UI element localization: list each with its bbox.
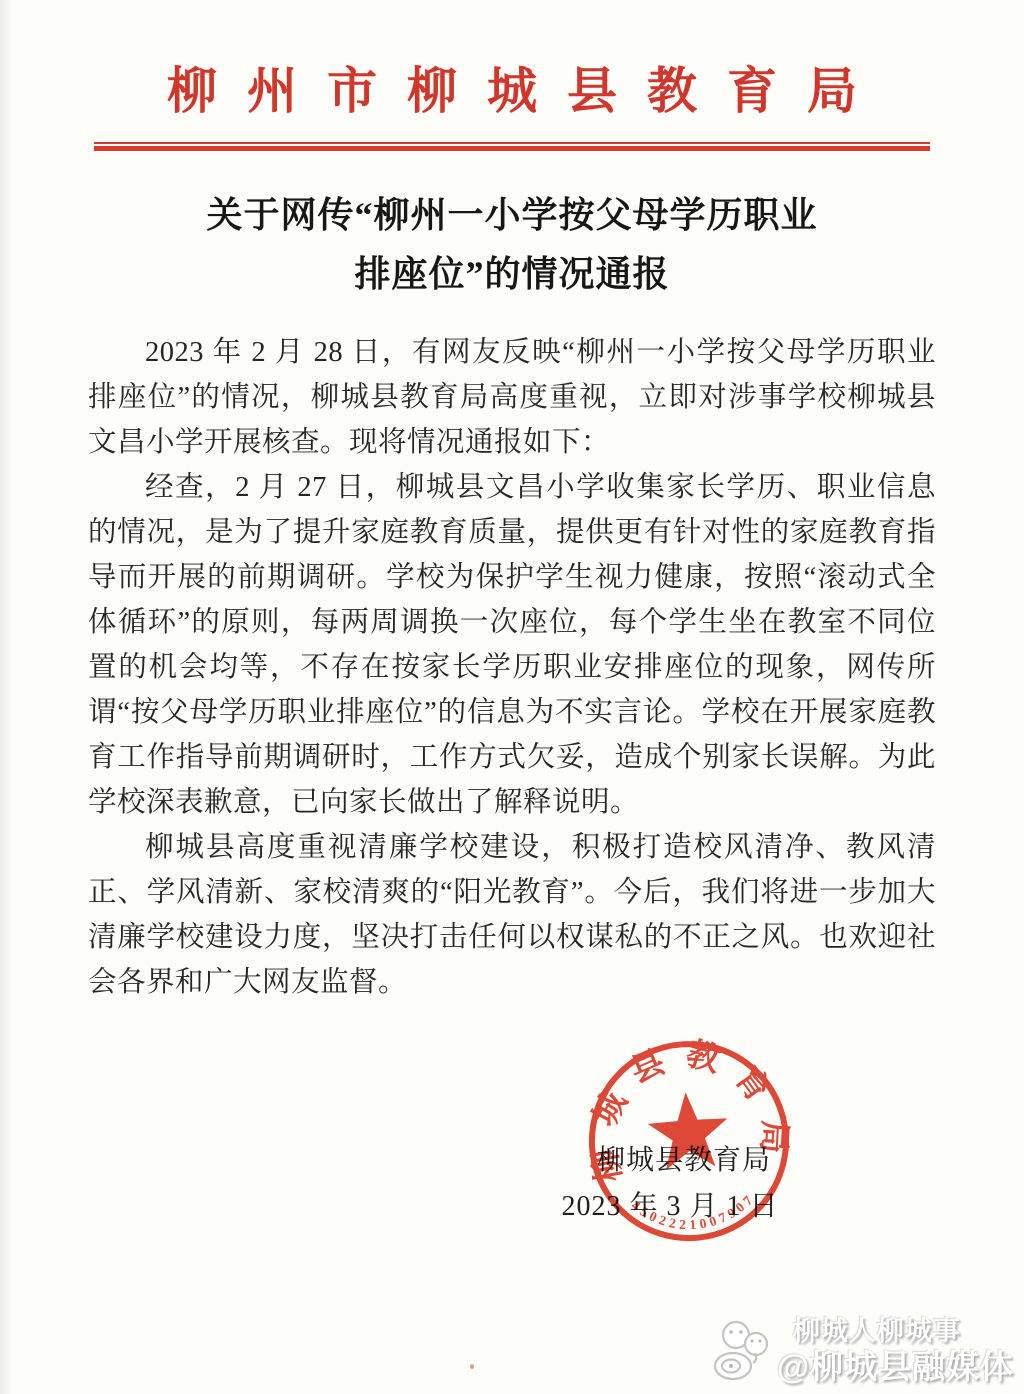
notice-title-line2: 排座位”的情况通报 xyxy=(0,245,1024,304)
paragraph: 经查，2 月 27 日，柳城县文昌小学收集家长学历、职业信息的情况，是为了提升家… xyxy=(88,465,936,825)
scanned-official-notice: 柳州市柳城县教育局 关于网传“柳州一小学按父母学历职业 排座位”的情况通报 20… xyxy=(0,0,1024,1394)
notice-body: 2023 年 2 月 28 日，有网友反映“柳州一小学按父母学历职业排座位”的情… xyxy=(88,330,936,1005)
paragraph: 柳城县高度重视清廉学校建设，积极打造校风清净、教风清正、学风清新、家校清爽的“阳… xyxy=(88,825,936,1005)
media-watermark: 柳城人柳城事 @柳城县融媒体 xyxy=(711,1309,1014,1388)
official-seal-stamp: 柳城县教育局 4502221007907 xyxy=(577,1029,803,1255)
letterhead-double-rule xyxy=(94,142,930,151)
watermark-text: 柳城人柳城事 @柳城县融媒体 xyxy=(777,1309,1014,1388)
letterhead-org-name: 柳州市柳城县教育局 xyxy=(0,64,1024,119)
seal-star xyxy=(646,1089,731,1170)
watermark-line2: @柳城县融媒体 xyxy=(777,1341,1014,1388)
paragraph: 2023 年 2 月 28 日，有网友反映“柳州一小学按父母学历职业排座位”的情… xyxy=(88,330,936,465)
notice-title-line1: 关于网传“柳州一小学按父母学历职业 xyxy=(0,186,1024,245)
scan-speck xyxy=(470,1364,474,1369)
media-mascot-logo-icon xyxy=(711,1318,775,1380)
notice-title: 关于网传“柳州一小学按父母学历职业 排座位”的情况通报 xyxy=(0,186,1024,304)
